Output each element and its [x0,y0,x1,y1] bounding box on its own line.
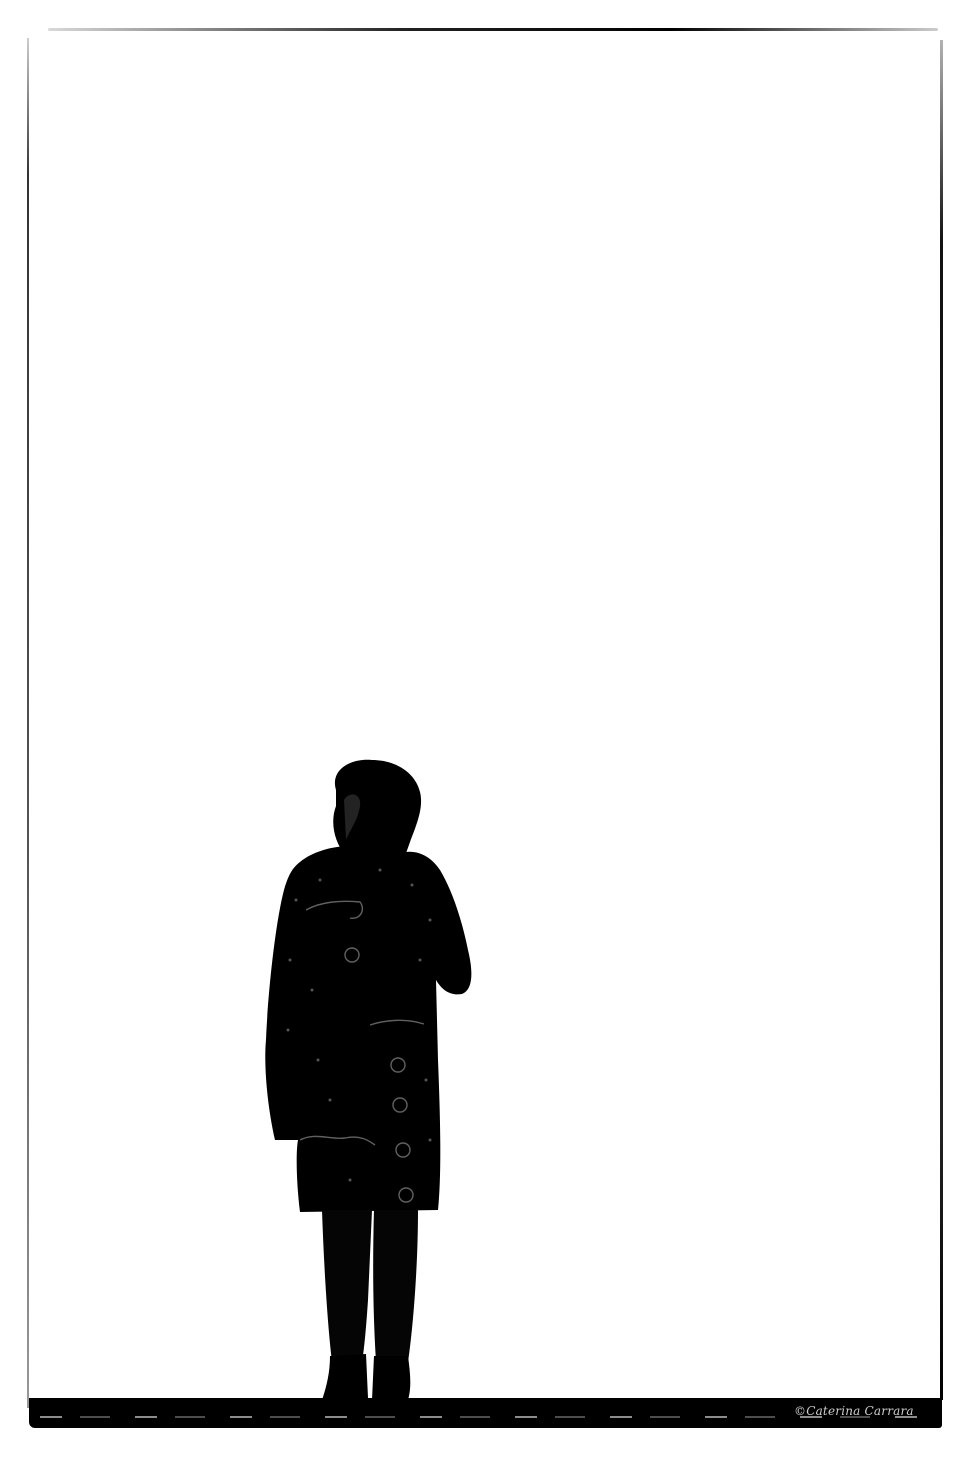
photograph: ©Caterina Carrara [0,0,972,1458]
floor-highlight [40,1416,920,1418]
photographer-watermark: ©Caterina Carrara [794,1404,914,1418]
woman-silhouette [0,0,972,1458]
